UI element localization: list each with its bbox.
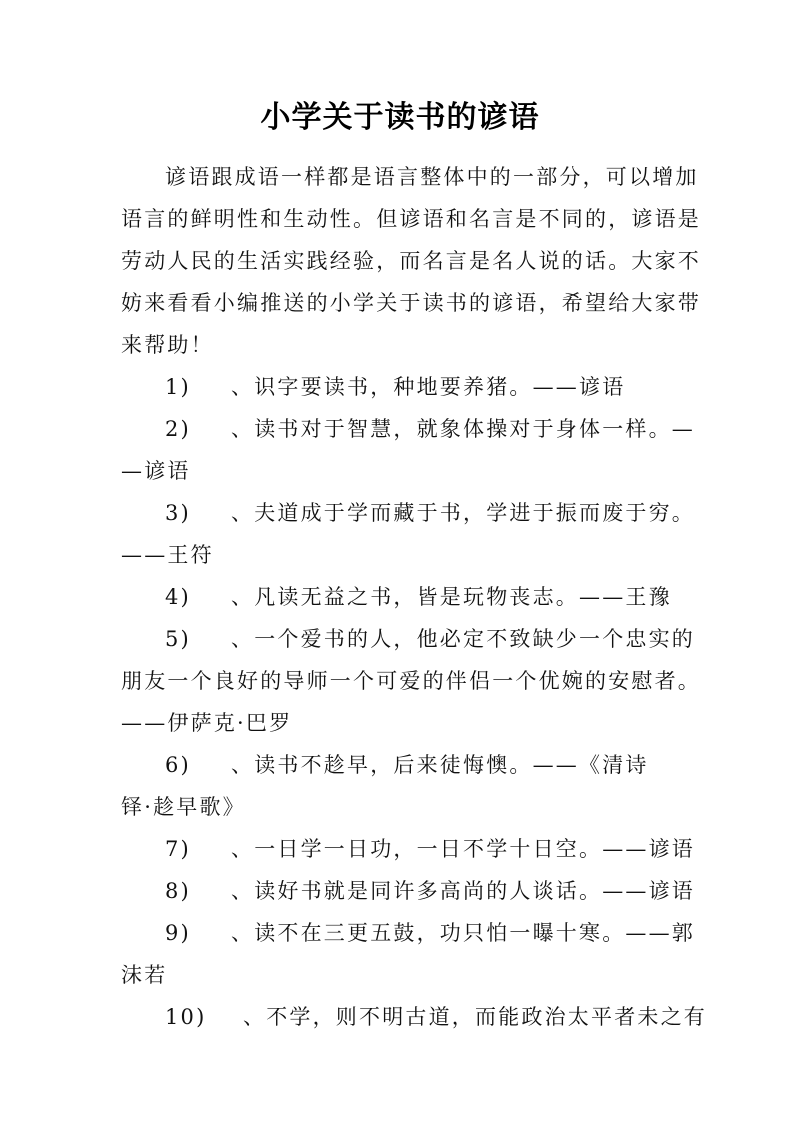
item-continuation: 铎·趁早歌》 — [121, 786, 661, 828]
list-item: 3)、夫道成于学而藏于书，学进于振而废于穷。 — [121, 492, 661, 534]
item-number: 1) — [165, 366, 231, 408]
item-text: 、一日学一日功，一日不学十日空。——谚语 — [231, 837, 695, 861]
list-item: 9)、读不在三更五鼓，功只怕一曝十寒。——郭 — [121, 912, 661, 954]
item-text: 、读书不趁早，后来徒悔懊。——《清诗 — [231, 753, 649, 777]
item-continuation: ——伊萨克·巴罗 — [121, 702, 661, 744]
list-item: 10)、不学，则不明古道，而能政治太平者未之有 — [121, 996, 661, 1038]
item-text: 、不学，则不明古道，而能政治太平者未之有 — [243, 1005, 707, 1029]
item-text: 、凡读无益之书，皆是玩物丧志。——王豫 — [231, 585, 672, 609]
item-text: 、一个爱书的人，他必定不致缺少一个忠实的 — [231, 627, 695, 651]
list-item: 5)、一个爱书的人，他必定不致缺少一个忠实的 — [121, 618, 661, 660]
item-number: 7) — [165, 828, 231, 870]
list-item: 2)、读书对于智慧，就象体操对于身体一样。— — [121, 408, 661, 450]
item-number: 4) — [165, 576, 231, 618]
item-number: 3) — [165, 492, 231, 534]
item-text: 、识字要读书，种地要养猪。——谚语 — [231, 375, 625, 399]
item-text: 、读好书就是同许多高尚的人谈话。——谚语 — [231, 879, 695, 903]
document-body: 谚语跟成语一样都是语言整体中的一部分，可以增加 语言的鲜明性和生动性。但谚语和名… — [121, 156, 661, 1038]
item-number: 2) — [165, 408, 231, 450]
list-item: 6)、读书不趁早，后来徒悔懊。——《清诗 — [121, 744, 661, 786]
intro-line: 妨来看看小编推送的小学关于读书的谚语，希望给大家带 — [121, 282, 661, 324]
intro-line: 语言的鲜明性和生动性。但谚语和名言是不同的，谚语是 — [121, 198, 661, 240]
document-title: 小学关于读书的谚语 — [0, 98, 800, 138]
intro-line: 劳动人民的生活实践经验，而名言是名人说的话。大家不 — [121, 240, 661, 282]
item-continuation: —谚语 — [121, 450, 661, 492]
list-item: 8)、读好书就是同许多高尚的人谈话。——谚语 — [121, 870, 661, 912]
item-number: 10) — [165, 996, 243, 1038]
item-continuation: 沫若 — [121, 954, 661, 996]
item-number: 8) — [165, 870, 231, 912]
item-number: 9) — [165, 912, 231, 954]
list-item: 7)、一日学一日功，一日不学十日空。——谚语 — [121, 828, 661, 870]
list-item: 1)、识字要读书，种地要养猪。——谚语 — [121, 366, 661, 408]
item-text: 、读书对于智慧，就象体操对于身体一样。— — [231, 417, 695, 441]
item-text: 、夫道成于学而藏于书，学进于振而废于穷。 — [231, 501, 695, 525]
intro-line: 谚语跟成语一样都是语言整体中的一部分，可以增加 — [121, 156, 661, 198]
item-continuation: 朋友一个良好的导师一个可爱的伴侣一个优婉的安慰者。 — [121, 660, 661, 702]
item-continuation: ——王符 — [121, 534, 661, 576]
document-page: 小学关于读书的谚语 谚语跟成语一样都是语言整体中的一部分，可以增加 语言的鲜明性… — [0, 0, 800, 1132]
intro-line: 来帮助！ — [121, 324, 661, 366]
item-number: 5) — [165, 618, 231, 660]
item-number: 6) — [165, 744, 231, 786]
list-item: 4)、凡读无益之书，皆是玩物丧志。——王豫 — [121, 576, 661, 618]
item-text: 、读不在三更五鼓，功只怕一曝十寒。——郭 — [231, 921, 695, 945]
